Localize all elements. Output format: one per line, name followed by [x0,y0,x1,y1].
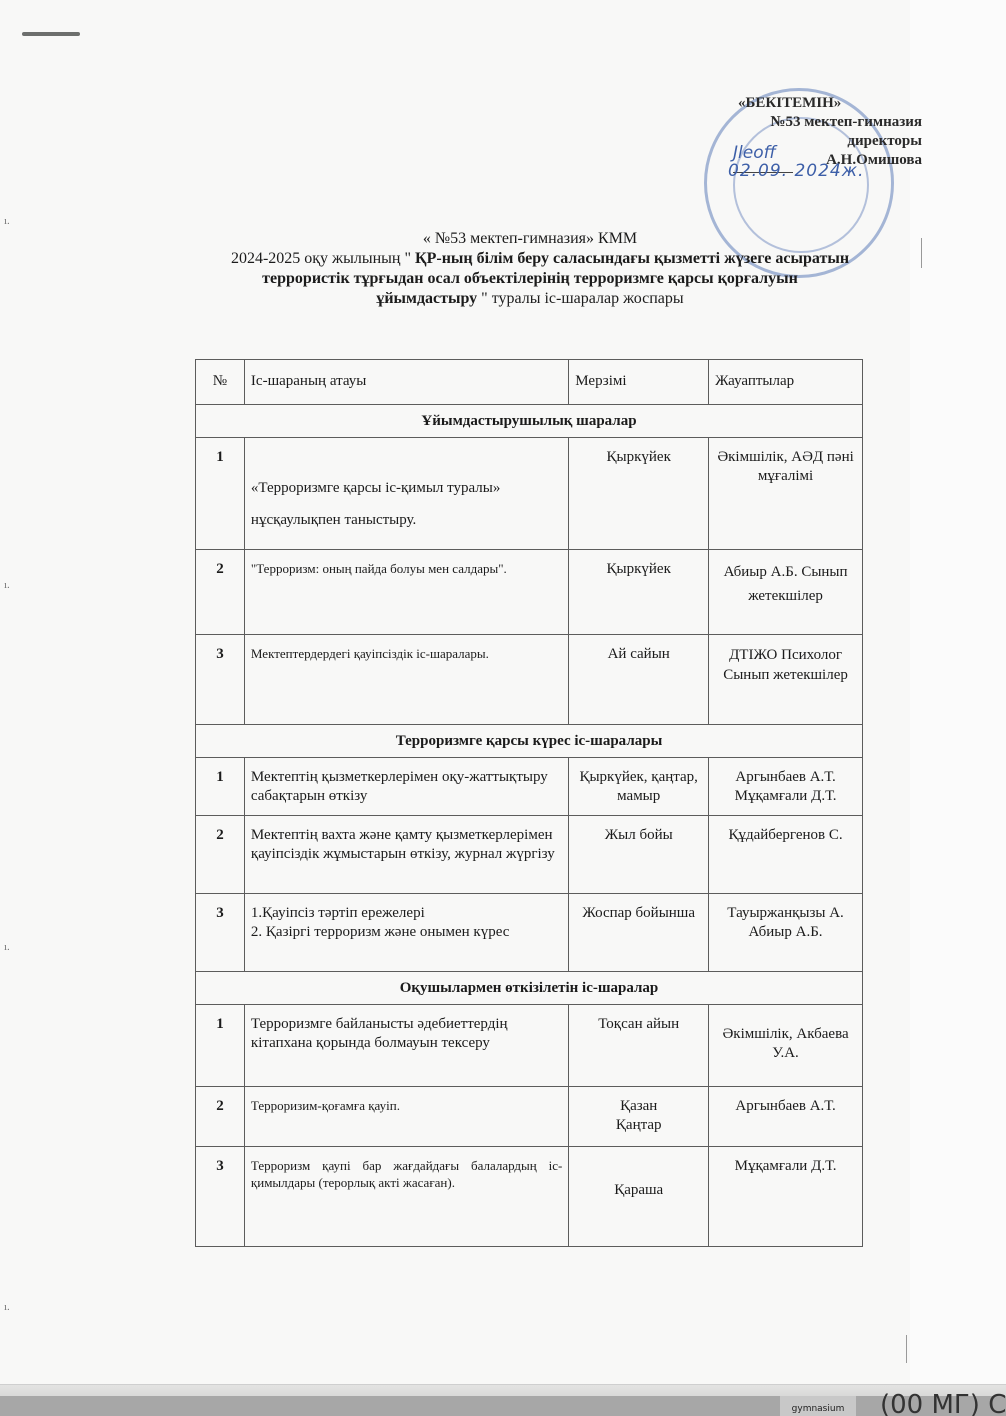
table-row: 2 "Терроризм: оның пайда болуы мен салда… [196,550,863,635]
hole-punch-mark: ı. [4,940,16,954]
section-title: Оқушылармен өткізілетін іс-шаралар [196,972,863,1005]
title-line-2: 2024-2025 оқу жылының " ҚР-ның білім бер… [150,249,930,269]
plan-table: № Іс-шараның атауы Мерзімі Жауаптылар Ұй… [195,359,863,1247]
signature: Jleoff [733,143,776,163]
table-row: 3 Мектептердердегі қауіпсіздік іс-шарала… [196,635,863,725]
row-num: 3 [196,894,245,972]
approval-heading: «БЕКІТЕМІН» [700,94,922,113]
row-num: 3 [196,635,245,725]
signature-date: 02.09. 2024ж. [728,161,864,181]
row-date: Жыл бойы [569,816,709,894]
document-title: « №53 мектеп-гимназия» КММ 2024-2025 оқу… [130,229,930,309]
row-date: Жоспар бойынша [569,894,709,972]
section-row: Ұйымдастырушылық шаралар [196,405,863,438]
row-date: Тоқсан айын [569,1005,709,1087]
section-row: Оқушылармен өткізілетін іс-шаралар [196,972,863,1005]
title-bold-part: ұйымдастыру [376,290,477,307]
approval-org: №53 мектеп-гимназия [700,113,922,132]
row-date: Қараша [569,1147,709,1247]
row-responsible: Тауыржанқызы А. Абиыр А.Б. [709,894,863,972]
table-row: 1 «Терроризмге қарсы іс-қимыл туралы» нұ… [196,438,863,550]
table-row: 3 1.Қауіпсіз тәртіп ережелері 2. Қазіргі… [196,894,863,972]
header-num: № [196,360,245,405]
row-title-line: 2. Қазіргі терроризм және онымен күрес [251,923,562,942]
title-line-1: « №53 мектеп-гимназия» КММ [130,229,930,249]
row-title: «Терроризмге қарсы іс-қимыл туралы» нұсқ… [244,438,568,550]
row-num: 1 [196,438,245,550]
row-date: Қыркүйек [569,438,709,550]
row-responsible-line: Тауыржанқызы А. [715,904,856,923]
row-responsible: Аргынбаев А.Т. Мұқамғали Д.Т. [709,758,863,816]
hole-punch-mark: ı. [4,1300,16,1314]
row-date: Қазан Қаңтар [569,1087,709,1147]
page-margin [910,0,1006,1384]
row-title: 1.Қауіпсіз тәртіп ережелері 2. Қазіргі т… [244,894,568,972]
header-title: Іс-шараның атауы [244,360,568,405]
table-row: 2 Мектептің вахта және қамту қызметкерле… [196,816,863,894]
thumbnail-label[interactable]: gymnasium [780,1396,856,1416]
hole-punch-mark: ı. [4,578,16,592]
table-header-row: № Іс-шараның атауы Мерзімі Жауаптылар [196,360,863,405]
title-bold-part: террористік тұрғыдан осал объектілерінің… [262,270,798,287]
header-responsible: Жауаптылар [709,360,863,405]
row-responsible: Аргынбаев А.Т. [709,1087,863,1147]
header-date: Мерзімі [569,360,709,405]
table-row: 1 Терроризмге байланысты әдебиеттердің к… [196,1005,863,1087]
row-num: 2 [196,550,245,635]
row-num: 3 [196,1147,245,1247]
row-date-line: Қаңтар [575,1116,702,1135]
row-title: Мектептің вахта және қамту қызметкерлері… [244,816,568,894]
row-num: 1 [196,1005,245,1087]
row-title: Терроризмге байланысты әдебиеттердің кіт… [244,1005,568,1087]
title-line-4: ұйымдастыру " туралы іс-шаралар жоспары [130,289,930,309]
row-title-line: 1.Қауіпсіз тәртіп ережелері [251,904,562,923]
row-responsible: Мұқамғали Д.Т. [709,1147,863,1247]
row-date: Қыркүйек, қаңтар, мамыр [569,758,709,816]
row-title: Терроризим-қоғамға қауіп. [244,1087,568,1147]
row-date: Ай сайын [569,635,709,725]
row-responsible: Құдайбергенов С. [709,816,863,894]
hole-punch-mark: ı. [4,214,16,228]
table-row: 2 Терроризим-қоғамға қауіп. Қазан Қаңтар… [196,1087,863,1147]
viewer-bottom-strip: gymnasium (00 MГ) С [0,1396,1006,1416]
row-title: Мектептің қызметкерлерімен оқу-жаттықтыр… [244,758,568,816]
scanned-page: ı. ı. ı. ı. «БЕКІТЕМІН» №53 мектеп-гимна… [0,0,1006,1384]
row-responsible: Абиыр А.Б. Сынып жетекшілер [709,550,863,635]
title-suffix: " туралы іс-шаралар жоспары [477,290,683,307]
row-title: "Терроризм: оның пайда болуы мен салдары… [244,550,568,635]
section-row: Терроризмге қарсы күрес іс-шаралары [196,725,863,758]
partial-text: (00 MГ) С [880,1390,1006,1416]
row-responsible-line: Абиыр А.Б. [715,923,856,942]
row-num: 2 [196,1087,245,1147]
row-responsible: ДТІЖО Психолог Сынып жетекшілер [709,635,863,725]
row-responsible: Әкімшілік, АӘД пәні мұғалімі [709,438,863,550]
row-num: 1 [196,758,245,816]
row-date-line: Қазан [575,1097,702,1116]
row-title: Терроризм қаупі бар жағдайдағы балаларды… [244,1147,568,1247]
row-title: Мектептердердегі қауіпсіздік іс-шаралары… [244,635,568,725]
title-line-3: террористік тұрғыдан осал объектілерінің… [130,269,930,289]
section-title: Ұйымдастырушылық шаралар [196,405,863,438]
table-row: 3 Терроризм қаупі бар жағдайдағы балалар… [196,1147,863,1247]
title-bold-part: ҚР-ның білім беру саласындағы қызметті ж… [415,250,849,267]
section-title: Терроризмге қарсы күрес іс-шаралары [196,725,863,758]
row-num: 2 [196,816,245,894]
scan-artifact-mark [22,32,80,36]
table-row: 1 Мектептің қызметкерлерімен оқу-жаттықт… [196,758,863,816]
margin-line [906,1335,907,1363]
row-date: Қыркүйек [569,550,709,635]
row-responsible: Әкімшілік, Акбаева У.А. [709,1005,863,1087]
title-prefix: 2024-2025 оқу жылының " [231,250,415,267]
